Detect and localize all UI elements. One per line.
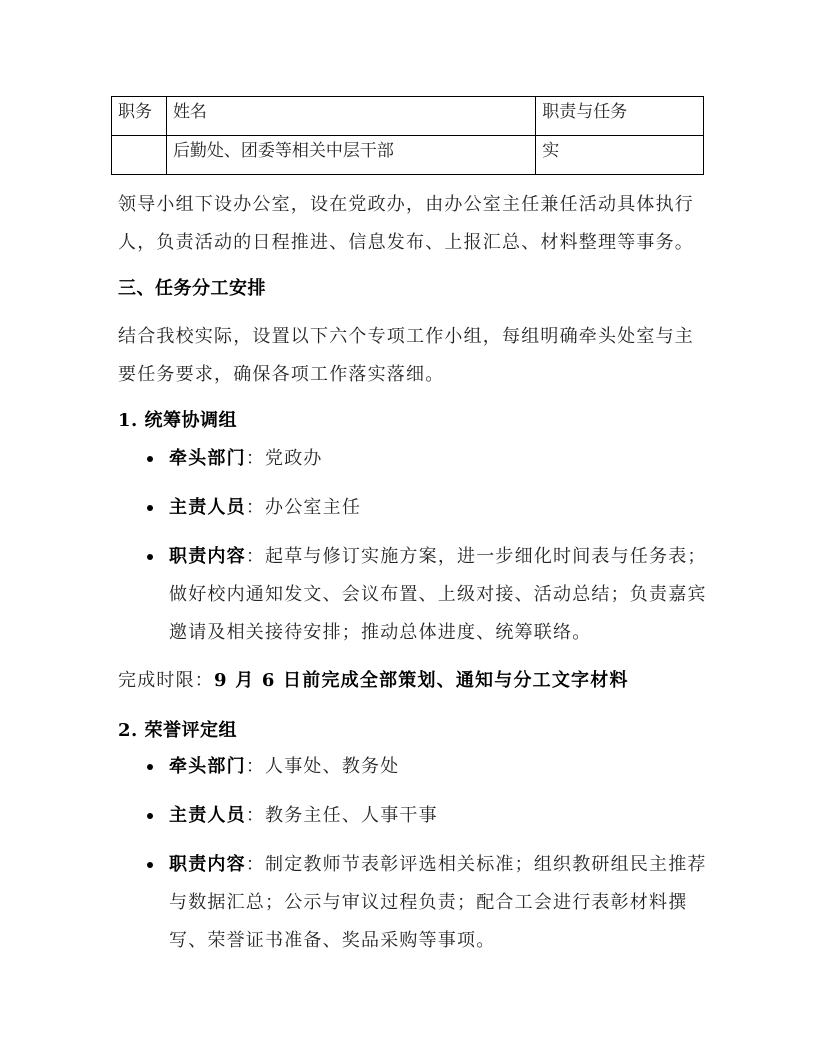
group-honor-list: 牵头部门：人事处、教务处 主责人员：教务主任、人事干事 职责内容：制定教师节表彰… bbox=[118, 748, 708, 960]
bullet-icon bbox=[147, 505, 153, 511]
item-separator: ： bbox=[246, 805, 265, 826]
list-item: 牵头部门：人事处、教务处 bbox=[118, 748, 708, 786]
item-label: 牵头部门 bbox=[169, 756, 246, 777]
group-coordination-list: 牵头部门：党政办 主责人员：办公室主任 职责内容：起草与修订实施方案，进一步细化… bbox=[118, 440, 708, 652]
table-row: 后勤处、团委等相关中层干部 实 bbox=[112, 136, 704, 175]
group-title-honor: 2. 荣誉评定组 bbox=[118, 718, 237, 744]
bullet-icon bbox=[147, 456, 153, 462]
list-item: 职责内容：起草与修订实施方案，进一步细化时间表与任务表；做好校内通知发文、会议布… bbox=[118, 538, 708, 652]
item-value: 教务主任、人事干事 bbox=[265, 805, 438, 826]
item-separator: ： bbox=[246, 854, 265, 875]
item-label: 主责人员 bbox=[169, 805, 246, 826]
bullet-icon bbox=[147, 554, 153, 560]
list-item: 主责人员：教务主任、人事干事 bbox=[118, 797, 708, 835]
table-header-name: 姓名 bbox=[166, 97, 535, 136]
item-label: 牵头部门 bbox=[169, 448, 246, 469]
section-title: 三、任务分工安排 bbox=[118, 276, 266, 302]
item-separator: ： bbox=[246, 497, 265, 518]
list-item: 职责内容：制定教师节表彰评选相关标准；组织教研组民主推荐与数据汇总；公示与审议过… bbox=[118, 846, 708, 960]
bullet-icon bbox=[147, 813, 153, 819]
item-value: 人事处、教务处 bbox=[265, 756, 399, 777]
table-header-duty: 职责与任务 bbox=[536, 97, 704, 136]
bullet-icon bbox=[147, 862, 153, 868]
deadline-value: 9 月 6 日前完成全部策划、通知与分工文字材料 bbox=[214, 670, 629, 691]
item-label: 职责内容 bbox=[169, 546, 246, 567]
item-separator: ： bbox=[246, 546, 265, 567]
deadline-label: 完成时限： bbox=[118, 670, 214, 691]
office-paragraph: 领导小组下设办公室，设在党政办，由办公室主任兼任活动具体执行人，负责活动的日程推… bbox=[118, 186, 708, 262]
item-separator: ： bbox=[246, 448, 265, 469]
table-cell: 后勤处、团委等相关中层干部 bbox=[166, 136, 535, 175]
table-cell: 实 bbox=[536, 136, 704, 175]
table-header-position: 职务 bbox=[112, 97, 167, 136]
list-item: 主责人员：办公室主任 bbox=[118, 489, 708, 527]
list-item: 牵头部门：党政办 bbox=[118, 440, 708, 478]
deadline-paragraph: 完成时限：9 月 6 日前完成全部策划、通知与分工文字材料 bbox=[118, 662, 708, 700]
section-intro: 结合我校实际，设置以下六个专项工作小组，每组明确牵头处室与主要任务要求，确保各项… bbox=[118, 318, 708, 394]
item-value: 党政办 bbox=[265, 448, 323, 469]
bullet-icon bbox=[147, 764, 153, 770]
leadership-table: 职务 姓名 职责与任务 后勤处、团委等相关中层干部 实 bbox=[111, 96, 704, 175]
table-header-row: 职务 姓名 职责与任务 bbox=[112, 97, 704, 136]
item-label: 主责人员 bbox=[169, 497, 246, 518]
table-cell bbox=[112, 136, 167, 175]
group-title-coordination: 1. 统筹协调组 bbox=[118, 408, 237, 434]
item-label: 职责内容 bbox=[169, 854, 246, 875]
document-page: 职务 姓名 职责与任务 后勤处、团委等相关中层干部 实 领导小组下设办公室，设在… bbox=[0, 0, 816, 1056]
item-separator: ： bbox=[246, 756, 265, 777]
item-value: 办公室主任 bbox=[265, 497, 361, 518]
